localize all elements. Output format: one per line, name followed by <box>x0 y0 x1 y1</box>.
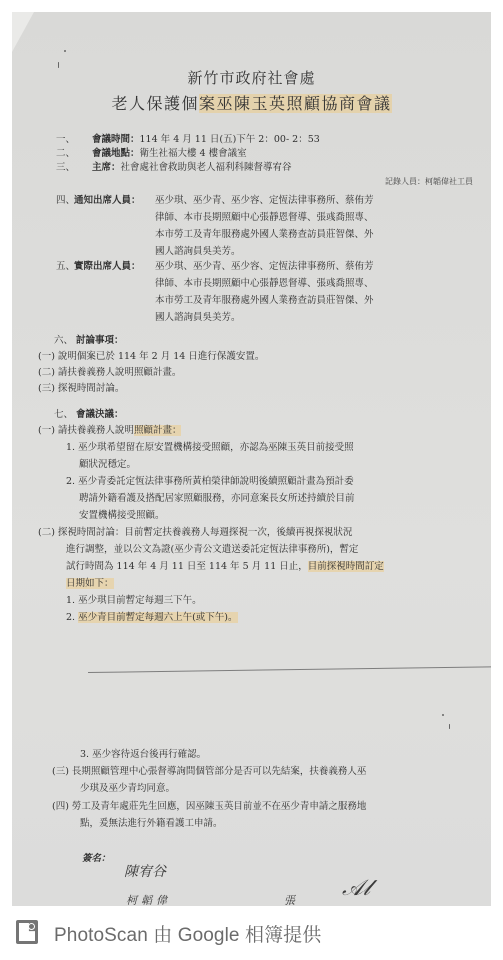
resolution-2-line: 進行調整，並以公文為證(巫少青公文遣送委託定恆法律事務所)，暫定 <box>66 541 358 558</box>
resolution-subitem: 安置機構接受照顧。 <box>79 507 165 524</box>
item-value: 衛生社福大樓 4 樓會議室 <box>140 148 247 159</box>
resolution-subitem: 2. 巫少青委託定恆法律事務所黃柏榮律師說明後續照顧計畫為預計委 <box>66 473 354 490</box>
paper-speck <box>442 714 444 716</box>
resolution-highlight: 巫少青目前暫定每週六上午(或下午)。 <box>78 612 237 623</box>
signature-label: 簽名： <box>82 850 111 867</box>
signature-handwritten: 𝒜𝓁 <box>342 880 370 897</box>
visit-schedule-item: 2. 巫少青目前暫定每週六上午(或下午)。 <box>66 609 238 626</box>
attendee-line: 巫少琪、巫少青、巫少容、定恆法律事務所、蔡侑芳 <box>155 192 374 209</box>
paper-corner-fold <box>12 12 34 52</box>
item-number: 三、 <box>56 159 75 176</box>
resolution-4: (四) 勞工及青年處莊先生回應，因巫陳玉英目前並不在巫少青申請之服務地 <box>52 798 366 815</box>
item-number: 五、 <box>56 258 75 275</box>
photoscan-icon <box>16 920 38 944</box>
visit-schedule-item: 1. 巫少琪目前暫定每週三下午。 <box>66 592 202 609</box>
attendee-line: 律師、本市長期照顧中心張靜恩督導、張彧喬照專、 <box>155 275 374 292</box>
item-value: 社會處社會救助與老人福利科陳督導宥谷 <box>121 162 292 173</box>
resolution-2-line: 試行時間為 114 年 4 月 11 日至 114 年 5 月 11 日止，目前… <box>66 558 384 575</box>
attendee-line: 巫少琪、巫少青、巫少容、定恆法律事務所、蔡侑芳 <box>155 258 374 275</box>
paper-speck <box>64 50 66 52</box>
discussion-item: (三) 探視時間討論。 <box>38 380 124 397</box>
photoscan-footer[interactable]: PhotoScan 由 Google 相簿提供 <box>0 906 503 960</box>
meeting-title: 老人保護個案巫陳玉英照顧協商會議 <box>12 95 491 112</box>
resolution-2: (二) 探視時間討論：目前暫定扶養義務人每週探視一次，後續再視探視狀況 <box>38 524 352 541</box>
item-number: 四、 <box>56 192 75 209</box>
item-label: 主席： <box>92 162 121 173</box>
resolution-subitem: 顧狀況穩定。 <box>79 456 136 473</box>
visit-schedule-item: 3. 巫少容待返台後再行確認。 <box>80 746 206 763</box>
attendee-line: 國人諮詢員吳美芳。 <box>155 309 241 326</box>
resolution-highlight: 照顧計畫： <box>134 425 182 436</box>
photoscan-attribution[interactable]: PhotoScan 由 Google 相簿提供 <box>54 920 321 947</box>
discussion-item: (二) 請扶養義務人說明照顧計畫。 <box>38 364 181 381</box>
item-label: 討論事項： <box>76 332 124 349</box>
resolution-highlight: 目前探視時間訂定 <box>308 561 384 572</box>
resolution-2-line: 日期如下： <box>66 575 114 592</box>
resolution-1: (一) 請扶養義務人說明照顧計畫： <box>38 422 181 439</box>
item-label: 會議時間： <box>92 134 140 145</box>
item-number: 七、 <box>54 406 73 423</box>
attendee-line: 律師、本市長期照顧中心張靜恩督導、張彧喬照專、 <box>155 209 374 226</box>
paper-fold-line <box>88 666 491 673</box>
resolution-subitem: 1. 巫少琪希望留在原安置機構接受照顧，亦認為巫陳玉英目前接受照 <box>66 439 354 456</box>
resolution-text: 試行時間為 114 年 4 月 11 日至 114 年 5 月 11 日止， <box>66 561 308 572</box>
discussion-item: (一) 說明個案已於 114 年 2 月 14 日進行保護安置。 <box>38 348 264 365</box>
item-number: 六、 <box>54 332 73 349</box>
meeting-title-prefix: 老人保護個 <box>111 94 199 113</box>
item-label: 通知出席人員： <box>74 192 141 209</box>
signature-handwritten: 張 <box>284 892 295 906</box>
item-label: 會議決議： <box>76 406 124 423</box>
org-title: 新竹市政府社會處 <box>12 70 491 87</box>
item-number: 2. <box>66 612 78 623</box>
meeting-title-highlight: 案巫陳玉英照顧協商會議 <box>199 94 392 113</box>
scanned-document-photo: 新竹市政府社會處 老人保護個案巫陳玉英照顧協商會議 一、 會議時間：114 年 … <box>12 12 491 906</box>
recorder: 記錄人員：柯韜偉社工員 <box>385 173 473 190</box>
attendee-line: 本市勞工及青年服務處外國人業務查訪員莊智傑、外 <box>155 226 374 243</box>
resolution-text: (一) 請扶養義務人說明 <box>38 425 134 436</box>
resolution-4-line: 點，爰無法進行外籍看護工申請。 <box>80 815 223 832</box>
paper-speck <box>449 724 450 729</box>
resolution-3-line: 少琪及巫少青均同意。 <box>80 780 175 797</box>
attendee-line: 本市勞工及青年服務處外國人業務查訪員莊智傑、外 <box>155 292 374 309</box>
resolution-3: (三) 長期照顧管理中心張督導詢問個管部分是否可以先結案，扶養義務人巫 <box>52 763 366 780</box>
item-value: 114 年 4 月 11 日(五)下午 2：00- 2：53 <box>140 134 320 145</box>
signature-handwritten: 陳宥谷 <box>124 864 166 881</box>
resolution-highlight: 日期如下： <box>66 578 114 589</box>
resolution-subitem: 聘請外籍看護及搭配居家照顧服務，亦同意案長女所述持續於目前 <box>79 490 355 507</box>
paper-speck <box>58 62 59 68</box>
item-label: 實際出席人員： <box>74 258 141 275</box>
item-label: 會議地點： <box>92 148 140 159</box>
meeting-chair: 主席：社會處社會救助與老人福利科陳督導宥谷 <box>92 159 292 176</box>
signature-handwritten: 柯韜偉 <box>126 892 171 906</box>
